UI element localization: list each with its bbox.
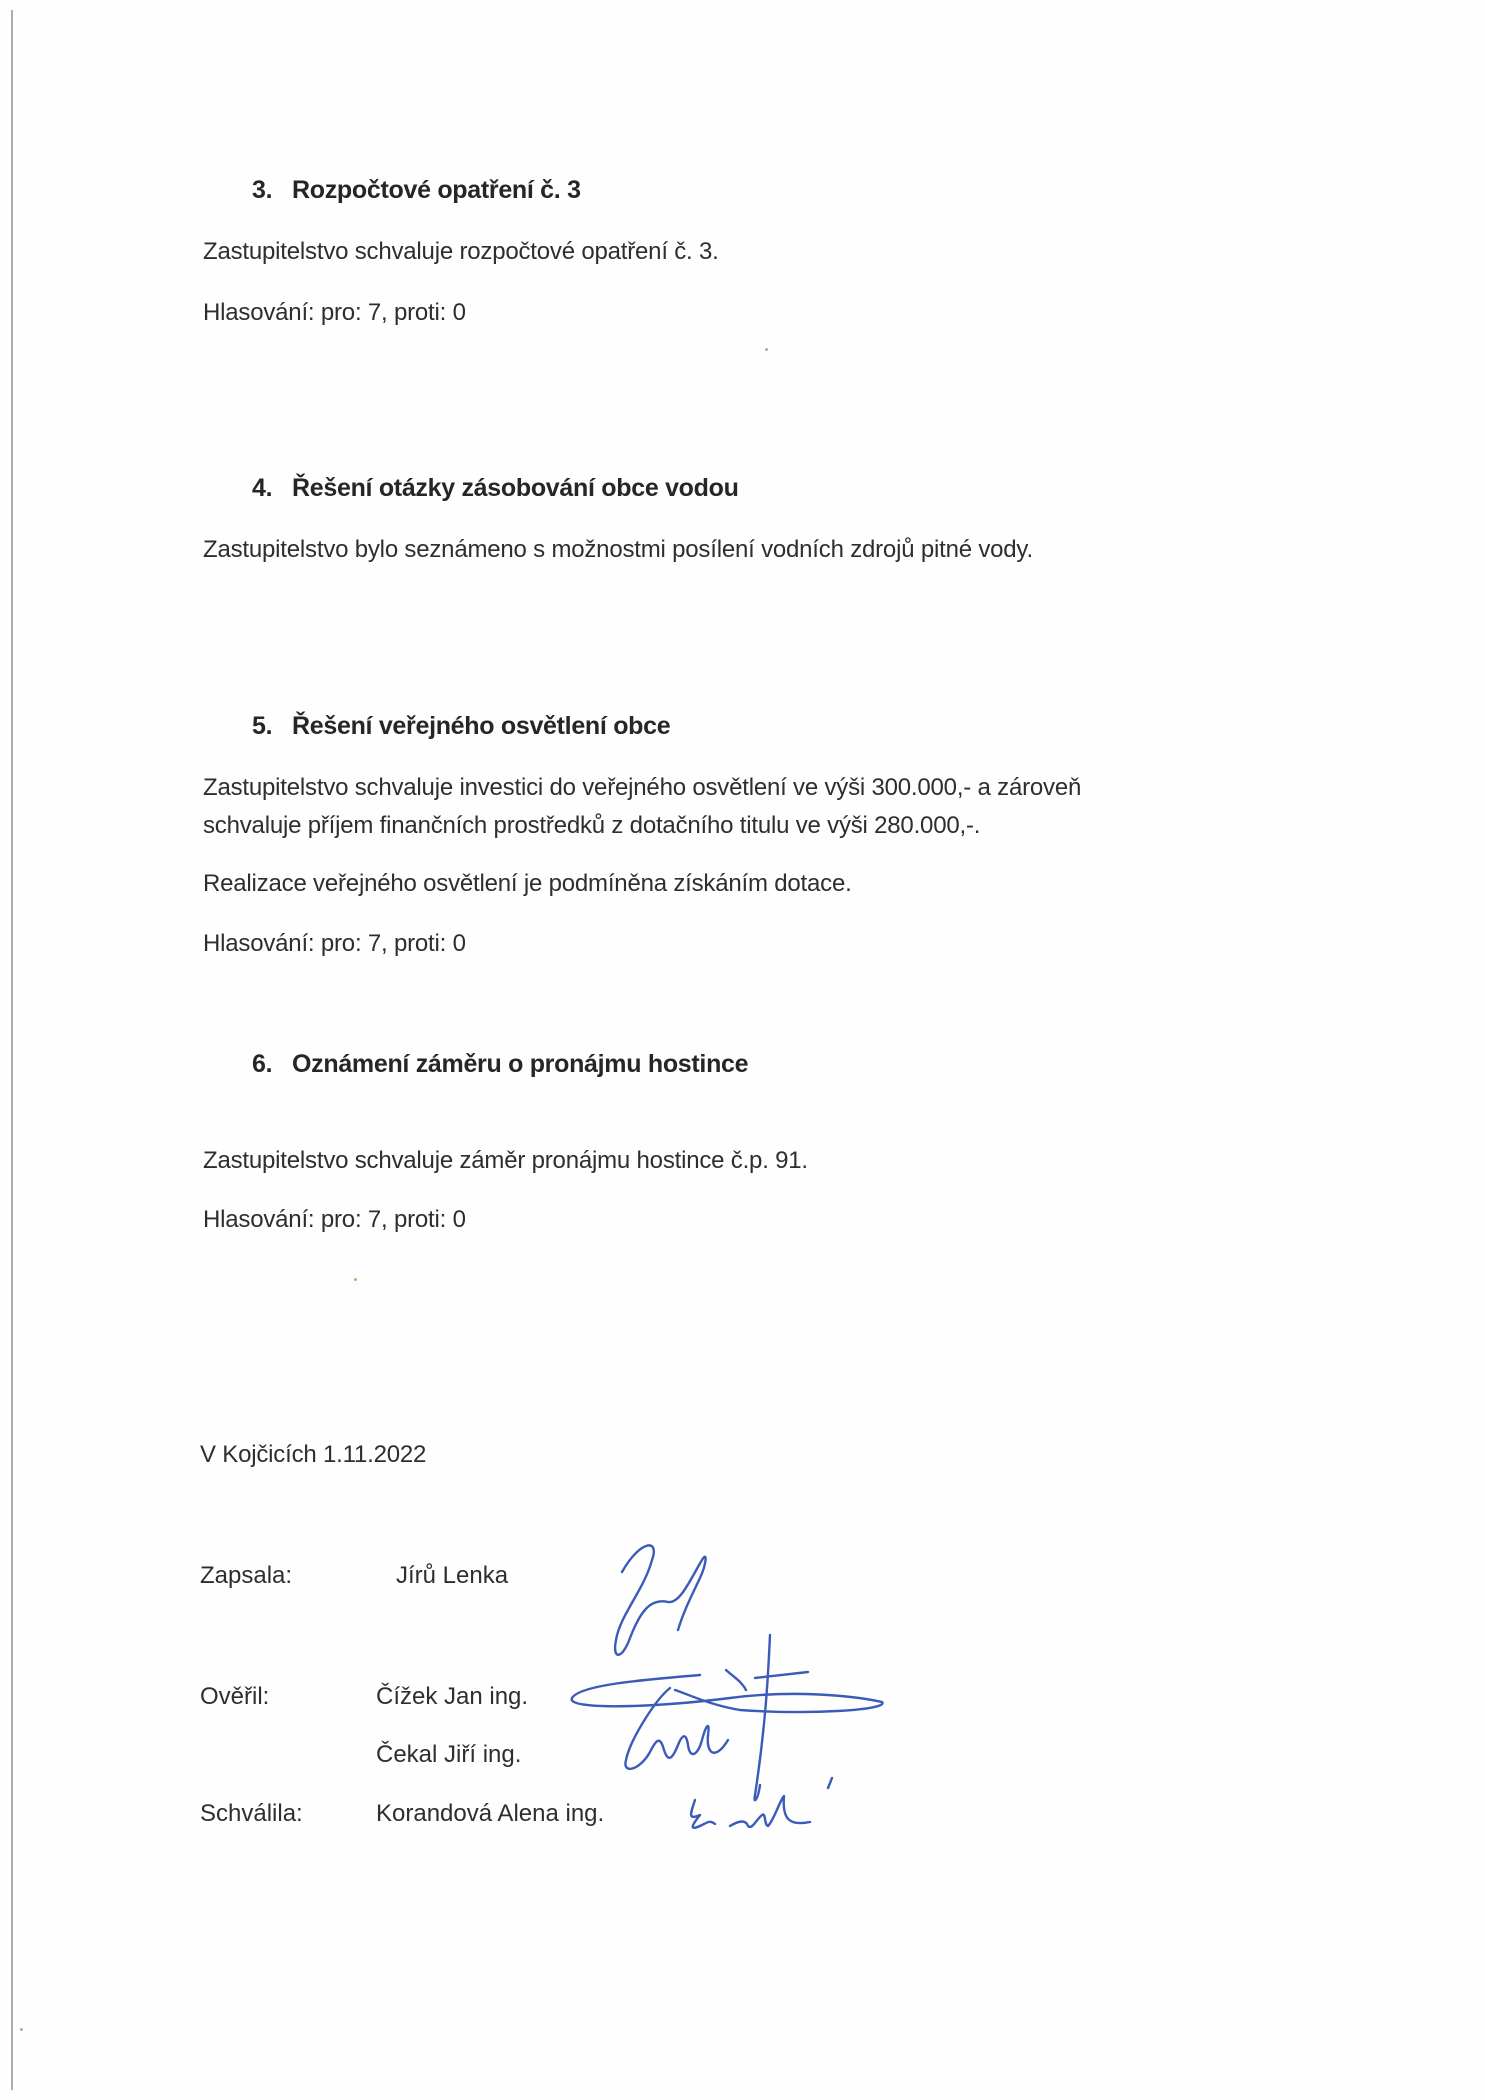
- scan-speck: [20, 2028, 23, 2031]
- verified-by-label: Ověřil:: [200, 1683, 269, 1711]
- document-page: 3.Rozpočtové opatření č. 3 Zastupitelstv…: [0, 0, 1485, 2100]
- signature-korandova: [691, 1796, 810, 1828]
- section-title: Řešení otázky zásobování obce vodou: [292, 474, 739, 502]
- section-5-condition: Realizace veřejného osvětlení je podmíně…: [203, 870, 852, 898]
- place-date: V Kojčicích 1.11.2022: [200, 1441, 426, 1469]
- section-5-text-line-1: Zastupitelstvo schvaluje investici do ve…: [203, 774, 1081, 802]
- section-5-heading: 5.Řešení veřejného osvětlení obce: [252, 712, 670, 741]
- recorded-by-label: Zapsala:: [200, 1562, 292, 1590]
- section-4-heading: 4.Řešení otázky zásobování obce vodou: [252, 474, 739, 503]
- signature-cizek: [572, 1675, 883, 1712]
- section-6-text: Zastupitelstvo schvaluje záměr pronájmu …: [203, 1147, 808, 1175]
- signature-jiru: [615, 1545, 706, 1654]
- section-title: Řešení veřejného osvětlení obce: [292, 712, 670, 740]
- approved-by-label: Schválila:: [200, 1800, 303, 1828]
- section-5-vote: Hlasování: pro: 7, proti: 0: [203, 930, 466, 958]
- scan-edge-line: [11, 10, 13, 2090]
- section-3-text: Zastupitelstvo schvaluje rozpočtové opat…: [203, 238, 719, 266]
- handwritten-signatures-icon: [560, 1520, 920, 1850]
- section-3-heading: 3.Rozpočtové opatření č. 3: [252, 176, 581, 205]
- verified-by-name-1: Čížek Jan ing.: [376, 1683, 528, 1711]
- section-number: 6.: [252, 1050, 292, 1079]
- section-title: Rozpočtové opatření č. 3: [292, 176, 581, 204]
- section-6-heading: 6.Oznámení záměru o pronájmu hostince: [252, 1050, 748, 1079]
- section-number: 3.: [252, 176, 292, 205]
- section-3-vote: Hlasování: pro: 7, proti: 0: [203, 299, 466, 327]
- section-number: 5.: [252, 712, 292, 741]
- section-5-text-line-2: schvaluje příjem finančních prostředků z…: [203, 812, 980, 840]
- verified-by-name-2: Čekal Jiří ing.: [376, 1741, 521, 1769]
- section-number: 4.: [252, 474, 292, 503]
- section-title: Oznámení záměru o pronájmu hostince: [292, 1050, 748, 1078]
- recorded-by-name: Jírů Lenka: [396, 1562, 508, 1590]
- scan-speck: [354, 1278, 357, 1281]
- scan-speck: [765, 348, 768, 351]
- section-6-vote: Hlasování: pro: 7, proti: 0: [203, 1206, 466, 1234]
- section-4-text: Zastupitelstvo bylo seznámeno s možnostm…: [203, 536, 1033, 564]
